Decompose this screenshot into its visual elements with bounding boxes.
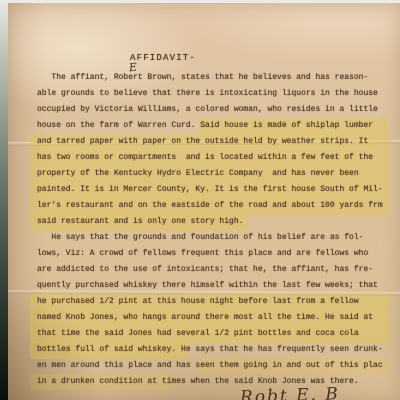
document-line: able grounds to believe that there is in… — [37, 86, 389, 102]
document-line: quently purchased whiskey there himself … — [37, 278, 389, 294]
document-line: He says that the grounds and foundation … — [37, 230, 389, 246]
document-line: he purchased 1/2 pint at this house nigh… — [37, 294, 389, 310]
document-line: occupied by Victoria Williams, a colored… — [37, 102, 389, 118]
paper: AFFIDAVIT- E The affiant, Robert Brown, … — [8, 3, 400, 400]
document-line: has two rooms or compartments and is loc… — [37, 150, 389, 166]
document-line: are addicted to the use of intoxicants; … — [37, 262, 389, 278]
document-line: property of the Kentucky Hydro Electric … — [37, 166, 389, 182]
document-line: The affiant, Robert Brown, states that h… — [37, 70, 389, 86]
document-line: ler's restaurant and on the eastside of … — [37, 198, 389, 214]
document-line: said restaurant and is only one story hi… — [37, 214, 389, 230]
document-line: named Knob Jones, who hangs around there… — [37, 310, 389, 326]
document-title: AFFIDAVIT- — [130, 53, 196, 63]
document-line: en men around this place and has seen th… — [37, 358, 389, 374]
document-line: lows, Viz: A crowd of fellows frequent t… — [37, 246, 389, 262]
document-line: painted. It is in Mercer County, Ky. It … — [37, 182, 389, 198]
document-line: house on the farm of Warren Curd. Said h… — [37, 118, 389, 134]
document-body: The affiant, Robert Brown, states that h… — [37, 70, 389, 390]
document-line: bottles full of said whiskey. He says th… — [37, 342, 389, 358]
scanned-document-screen: AFFIDAVIT- E The affiant, Robert Brown, … — [0, 0, 400, 400]
document-line: and tarred paper with paper on the outsi… — [37, 134, 389, 150]
handwritten-signature: Robt E. B — [240, 384, 341, 400]
document-line: that time the said Jones had several 1/2… — [37, 326, 389, 342]
